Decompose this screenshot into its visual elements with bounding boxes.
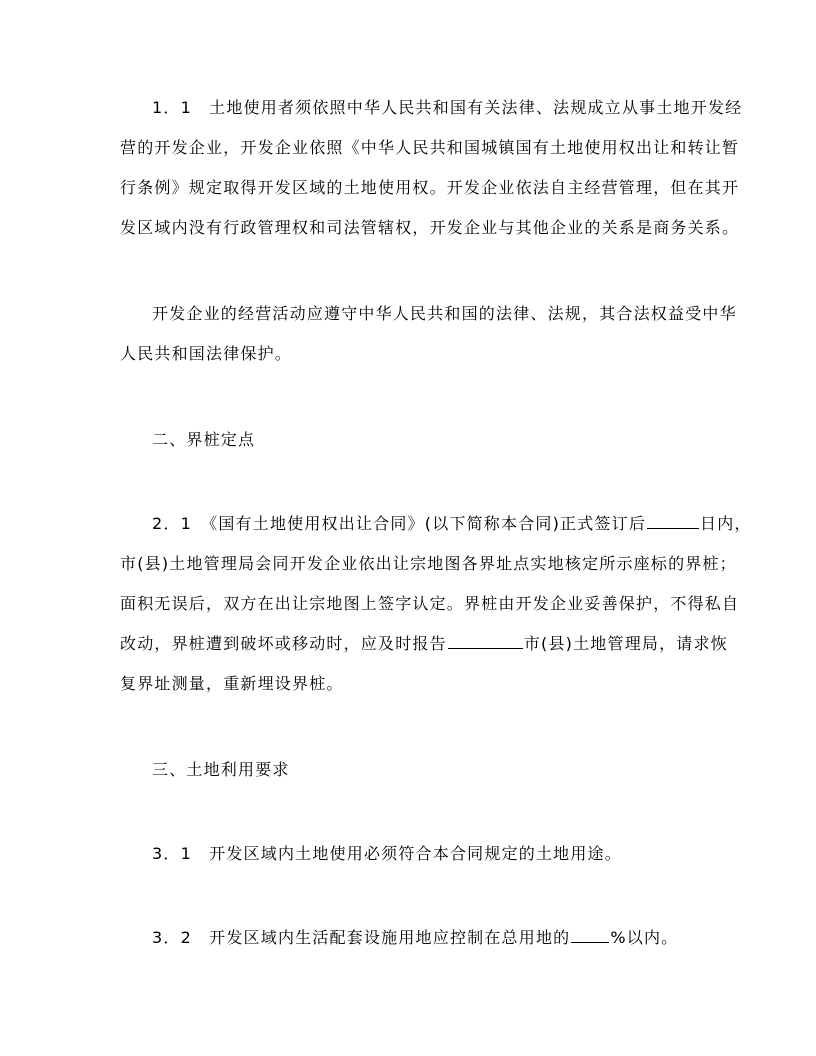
paragraph-1-1-line-2: 营的开发企业，开发企业依照《中华人民共和国城镇国有土地使用权出让和转让暂 xyxy=(120,136,739,160)
paragraph-2-1-line-1: 2．1 《国有土地使用权出让合同》(以下简称本合同)正式签订后日内， xyxy=(152,512,752,536)
section-heading-3: 三、土地利用要求 xyxy=(152,758,290,782)
report-to-blank-field[interactable] xyxy=(448,632,523,649)
paragraph-2-1-text-after-blank: 日内， xyxy=(700,514,752,533)
paragraph-2-1-line-4-before: 改动，界桩遭到破坏或移动时，应及时报告 xyxy=(120,634,447,653)
paragraph-1-1-line-4: 发区域内没有行政管理权和司法管辖权，开发企业与其他企业的关系是商务关系。 xyxy=(120,216,739,240)
paragraph-law-line-1: 开发企业的经营活动应遵守中华人民共和国的法律、法规，其合法权益受中华 xyxy=(152,302,737,326)
paragraph-3-2: 3．2 开发区域内生活配套设施用地应控制在总用地的%以内。 xyxy=(152,926,678,950)
paragraph-2-1-line-5: 复界址测量，重新埋设界桩。 xyxy=(120,672,344,696)
paragraph-law-line-2: 人民共和国法律保护。 xyxy=(120,342,292,366)
paragraph-2-1-line-4: 改动，界桩遭到破坏或移动时，应及时报告市(县)土地管理局，请求恢 xyxy=(120,632,728,656)
paragraph-3-2-before: 3．2 开发区域内生活配套设施用地应控制在总用地的 xyxy=(152,928,570,947)
paragraph-2-1-line-3: 面积无误后，双方在出让宗地图上签字认定。界桩由开发企业妥善保护，不得私自 xyxy=(120,592,739,616)
paragraph-2-1-text-before-blank: 2．1 《国有土地使用权出让合同》(以下简称本合同)正式签订后 xyxy=(152,514,646,533)
percentage-blank-field[interactable] xyxy=(571,926,609,943)
paragraph-2-1-line-2: 市(县)土地管理局会同开发企业依出让宗地图各界址点实地核定所示座标的界桩； xyxy=(120,552,737,576)
paragraph-1-1-line-3: 行条例》规定取得开发区域的土地使用权。开发企业依法自主经营管理，但在其开 xyxy=(120,176,739,200)
paragraph-2-1-line-4-after: 市(县)土地管理局，请求恢 xyxy=(524,634,728,653)
section-heading-2: 二、界桩定点 xyxy=(152,428,255,452)
days-blank-field[interactable] xyxy=(647,512,699,529)
paragraph-3-1: 3．1 开发区域内土地使用必须符合本合同规定的土地用途。 xyxy=(152,842,622,866)
paragraph-1-1-line-1: 1．1 土地使用者须依照中华人民共和国有关法律、法规成立从事土地开发经 xyxy=(152,96,742,120)
paragraph-3-2-after: %以内。 xyxy=(610,928,678,947)
